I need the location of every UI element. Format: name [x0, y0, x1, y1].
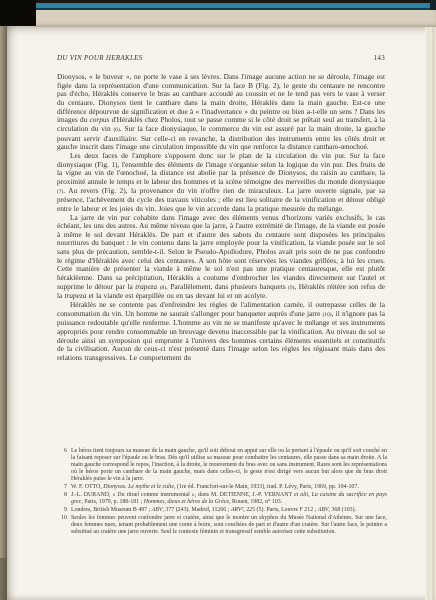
text-segment: . Au revers (Fig. 2), la provenance du v…	[57, 186, 385, 213]
scanner-background-corner	[0, 0, 36, 26]
running-title: DU VIN POUR HERAKLES	[57, 54, 143, 62]
footnote-text: J.-L. DURAND, « Du rituel comme instrume…	[71, 492, 387, 506]
footnote-item: 6Le héros tient toujours sa massue de la…	[57, 448, 387, 483]
text-segment: et la viande est éparpillée ou en tas de…	[86, 291, 267, 300]
book-cover-edge-line	[34, 3, 436, 10]
page-edge-stack	[425, 26, 436, 600]
footnote-item: 10Seules les femmes peuvent confondre ja…	[57, 515, 387, 536]
text-segment: Seules les femmes peuvent confondre jarr…	[71, 515, 387, 535]
paragraph: Héraklès ne se contente pas d'enfreindre…	[57, 301, 385, 363]
text-segment: W. F. OTTO,	[71, 484, 103, 490]
text-segment: J.-L. DURAND, « Du rituel comme instrume…	[71, 492, 294, 498]
running-header: DU VIN POUR HERAKLES 143	[57, 54, 385, 62]
paragraph: Dionysos, « le buveur », ne porte le vas…	[57, 73, 385, 152]
book-top-edge	[34, 8, 436, 27]
page-number: 143	[374, 54, 385, 62]
footnote-text: W. F. OTTO, Dionysos. Le mythe et le cul…	[71, 484, 387, 491]
paragraph: Les deux faces de l'amphore s'opposent d…	[57, 152, 385, 214]
footnote-number: 7	[57, 484, 67, 491]
footnotes-section: 6Le héros tient toujours sa massue de la…	[57, 448, 387, 537]
page-content: DU VIN POUR HERAKLES 143 Dionysos, « le …	[57, 54, 385, 363]
scanned-book-page: DU VIN POUR HERAKLES 143 Dionysos, « le …	[0, 0, 436, 600]
body-text: Dionysos, « le buveur », ne porte le vas…	[57, 73, 385, 363]
text-segment: , (1re éd. Francfort-sur-le Main, 1933),…	[174, 484, 359, 490]
footnote-number: 10	[57, 515, 67, 536]
footnote-number: 6	[57, 448, 67, 483]
text-segment: trapeza	[135, 282, 157, 291]
text-segment: Hommes, dieux et héros de la Grèce	[144, 499, 229, 505]
scanner-corner-right	[430, 0, 436, 10]
text-segment: ABV	[318, 507, 329, 513]
text-segment: (10)	[323, 312, 332, 318]
text-segment: . Parallèlement, dans plusieurs banquets	[166, 282, 288, 291]
footnote-text: Le héros tient toujours sa massue de la …	[71, 448, 387, 483]
text-segment: , 368 (103).	[329, 507, 357, 513]
footnote-number: 9	[57, 507, 67, 514]
text-segment: La jarre de vin pur cohabite dans l'imag…	[57, 213, 385, 291]
text-segment: , 377 (243). Madrid, 11266 ;	[162, 507, 230, 513]
footnote-item: 7W. F. OTTO, Dionysos. Le mythe et le cu…	[57, 484, 387, 491]
footnote-item: 8J.-L. DURAND, « Du rituel comme instrum…	[57, 492, 387, 506]
text-segment: et alii	[294, 492, 308, 498]
text-segment: Dionysos. Le mythe et le culte	[103, 484, 174, 490]
text-segment: ARV²	[231, 507, 243, 513]
paragraph: La jarre de vin pur cohabite dans l'imag…	[57, 214, 385, 302]
text-segment: , Paris, 1979, p. 180-181 ;	[81, 499, 144, 505]
text-segment: Les deux faces de l'amphore s'opposent d…	[57, 151, 385, 186]
footnote-text: Seules les femmes peuvent confondre jarr…	[71, 515, 387, 536]
page-gutter-shadow	[0, 558, 7, 600]
text-segment: Le héros tient toujours sa massue de la …	[71, 448, 387, 482]
text-segment: ABV	[152, 507, 163, 513]
footnote-item: 9Londres, British Museum B 497 ; ABV, 37…	[57, 507, 387, 514]
text-segment: Londres, British Museum B 497 ;	[71, 507, 152, 513]
text-segment: corpus	[90, 115, 110, 124]
text-segment: , Rouen, 1982, n° 103.	[229, 499, 282, 505]
page-gutter-edge	[0, 25, 7, 600]
text-segment: , 225 (5). Paris, Louvre F 212 ;	[243, 507, 317, 513]
footnote-text: Londres, British Museum B 497 ; ABV, 377…	[71, 507, 387, 514]
footnote-number: 8	[57, 492, 67, 506]
text-segment: trapeza	[65, 291, 87, 300]
